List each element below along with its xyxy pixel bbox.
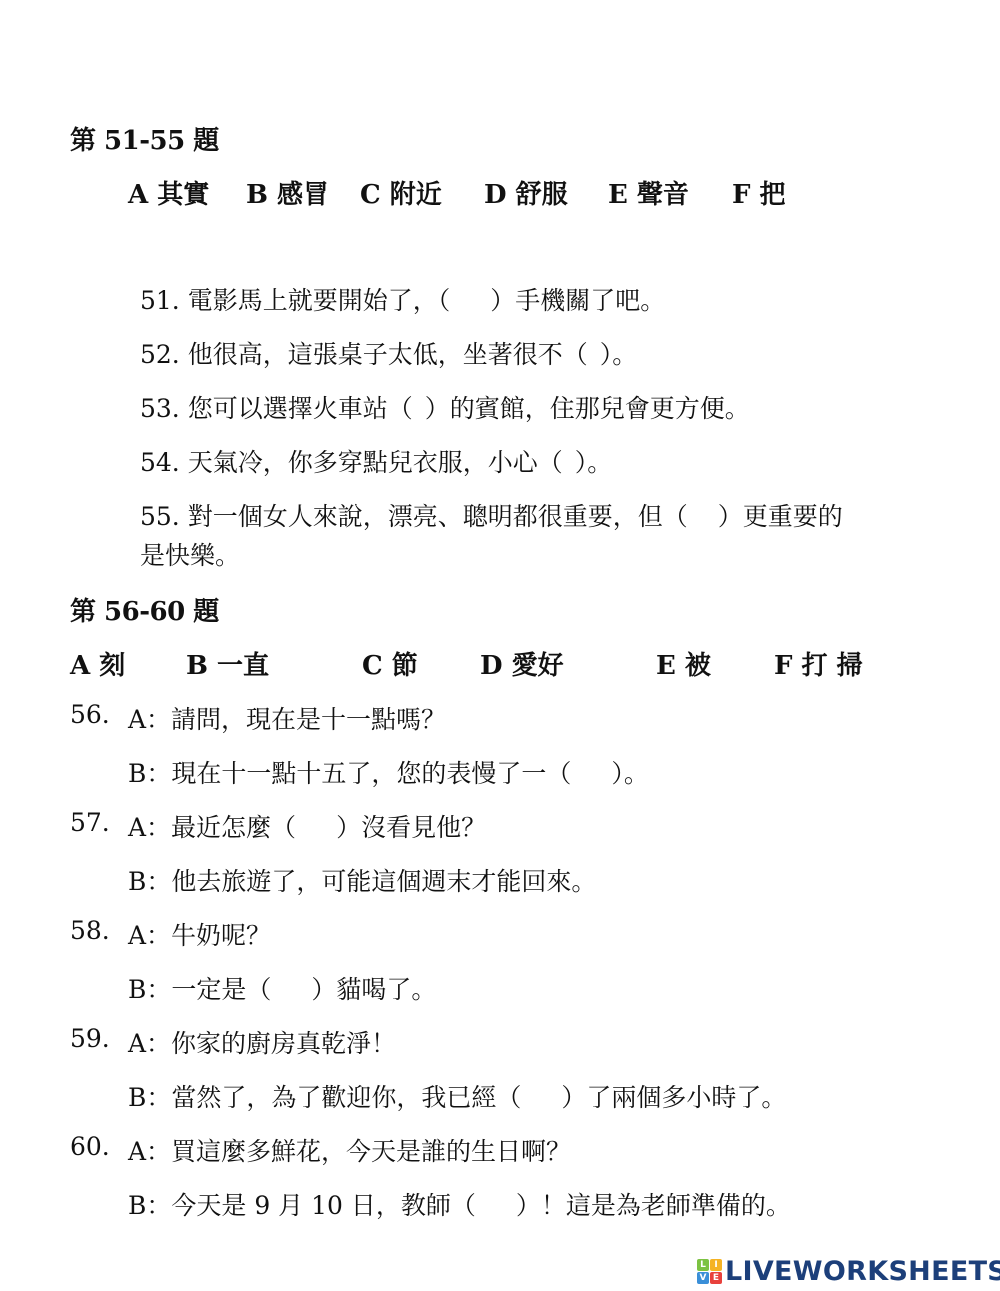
- option-letter: A: [128, 180, 148, 210]
- section-heading-56-60: 第 56-60 題: [70, 591, 219, 628]
- question-text: 天氣冷，你多穿點兒衣服，小心（: [188, 448, 563, 477]
- option-word: 舒服: [516, 180, 568, 210]
- question-54: 54. 天氣冷，你多穿點兒衣服，小心（）。: [140, 443, 612, 479]
- question-text: ）。: [575, 448, 613, 477]
- question-text: 電影馬上就要開始了，（: [188, 286, 451, 315]
- option-b: B 感冒: [246, 174, 329, 211]
- question-58-line-a: A：牛奶呢？: [128, 916, 271, 952]
- tile-i: I: [710, 1259, 722, 1271]
- option-c: C 節: [362, 645, 418, 682]
- option-f: F 打 掃: [774, 645, 863, 682]
- option-letter: F: [732, 180, 750, 210]
- question-60-number: 60.: [70, 1132, 110, 1161]
- option-e: E 聲音: [608, 174, 689, 211]
- option-letter: B: [246, 180, 268, 210]
- question-51: 51. 電影馬上就要開始了，（）手機關了吧。: [140, 281, 665, 317]
- question-text: 他很高，這張桌子太低，坐著很不（: [188, 340, 588, 369]
- option-letter: F: [774, 651, 792, 681]
- question-number: 52.: [140, 340, 180, 369]
- question-number: 55.: [140, 502, 180, 531]
- question-number: 51.: [140, 286, 180, 315]
- option-word: 愛好: [512, 651, 564, 681]
- question-text: ）。: [600, 340, 638, 369]
- question-56-number: 56.: [70, 700, 110, 729]
- tile-l: L: [697, 1259, 709, 1271]
- section-heading-51-55: 第 51-55 題: [70, 120, 219, 157]
- question-text: ）沒看見他？: [336, 813, 486, 842]
- question-text: ）的賓館，住那兒會更方便。: [425, 394, 750, 423]
- option-word: 被: [685, 651, 711, 681]
- option-word: 把: [760, 180, 786, 210]
- tile-e: E: [710, 1272, 722, 1284]
- option-letter: D: [484, 180, 507, 210]
- tile-v: V: [697, 1272, 709, 1284]
- option-letter: A: [70, 651, 90, 681]
- option-d: D 愛好: [480, 645, 564, 682]
- option-letter: B: [186, 651, 208, 681]
- question-text: 您可以選擇火車站（: [188, 394, 413, 423]
- question-text: B：現在十一點十五了，您的表慢了一（: [128, 759, 571, 788]
- question-text: ）！這是為老師準備的。: [516, 1191, 791, 1220]
- question-text: A：最近怎麼（: [128, 813, 296, 842]
- question-58-line-b: B：一定是（）貓喝了。: [128, 970, 436, 1006]
- option-a: A 其實: [128, 174, 209, 211]
- question-text: ）了兩個多小時了。: [561, 1083, 786, 1112]
- question-59-number: 59.: [70, 1024, 110, 1053]
- question-text: B：當然了，為了歡迎你，我已經（: [128, 1083, 521, 1112]
- option-letter: E: [608, 180, 628, 210]
- option-word: 節: [392, 651, 418, 681]
- question-52: 52. 他很高，這張桌子太低，坐著很不（）。: [140, 335, 637, 371]
- question-57-line-b: B：他去旅遊了，可能這個週末才能回來。: [128, 862, 596, 898]
- option-letter: E: [656, 651, 676, 681]
- option-c: C 附近: [360, 174, 442, 211]
- question-60-line-a: A：買這麼多鮮花，今天是誰的生日啊？: [128, 1132, 571, 1168]
- question-text: B：今天是 9 月 10 日，教師（: [128, 1191, 476, 1220]
- question-58-number: 58.: [70, 916, 110, 945]
- question-56-line-b: B：現在十一點十五了，您的表慢了一（）。: [128, 754, 649, 790]
- question-text: ）。: [611, 759, 649, 788]
- option-d: D 舒服: [484, 174, 568, 211]
- question-text: ）更重要的: [718, 502, 843, 531]
- option-b: B 一直: [186, 645, 269, 682]
- option-e: E 被: [656, 645, 711, 682]
- question-text: B：一定是（: [128, 975, 271, 1004]
- logo-wordmark: LIVEWORKSHEETS: [725, 1256, 1000, 1287]
- option-letter: C: [360, 180, 381, 210]
- liveworksheets-logo: L I V E LIVEWORKSHEETS: [697, 1256, 1000, 1287]
- option-word: 其實: [157, 180, 209, 210]
- question-text: ）貓喝了。: [311, 975, 436, 1004]
- question-57-line-a: A：最近怎麼（）沒看見他？: [128, 808, 486, 844]
- option-word: 一直: [217, 651, 269, 681]
- question-text: 對一個女人來說，漂亮、聰明都很重要，但（: [188, 502, 688, 531]
- question-56-line-a: A：請問，現在是十一點嗎？: [128, 700, 446, 736]
- question-53: 53. 您可以選擇火車站（）的賓館，住那兒會更方便。: [140, 389, 750, 425]
- question-57-number: 57.: [70, 808, 110, 837]
- option-word: 打 掃: [802, 651, 863, 681]
- question-number: 53.: [140, 394, 180, 423]
- option-word: 聲音: [637, 180, 689, 210]
- option-word: 附近: [390, 180, 442, 210]
- option-letter: D: [480, 651, 503, 681]
- live-tile-icon: L I V E: [697, 1259, 722, 1284]
- question-59-line-a: A：你家的廚房真乾淨！: [128, 1024, 396, 1060]
- question-59-line-b: B：當然了，為了歡迎你，我已經（）了兩個多小時了。: [128, 1078, 786, 1114]
- question-55-continued: 是快樂。: [140, 536, 240, 572]
- option-f: F 把: [732, 174, 786, 211]
- question-number: 54.: [140, 448, 180, 477]
- option-letter: C: [362, 651, 383, 681]
- question-55: 55. 對一個女人來說，漂亮、聰明都很重要，但（）更重要的: [140, 497, 843, 533]
- option-a: A 刻: [70, 645, 125, 682]
- question-60-line-b: B：今天是 9 月 10 日，教師（）！這是為老師準備的。: [128, 1186, 791, 1222]
- question-text: ）手機關了吧。: [490, 286, 665, 315]
- option-word: 刻: [99, 651, 125, 681]
- option-word: 感冒: [277, 180, 329, 210]
